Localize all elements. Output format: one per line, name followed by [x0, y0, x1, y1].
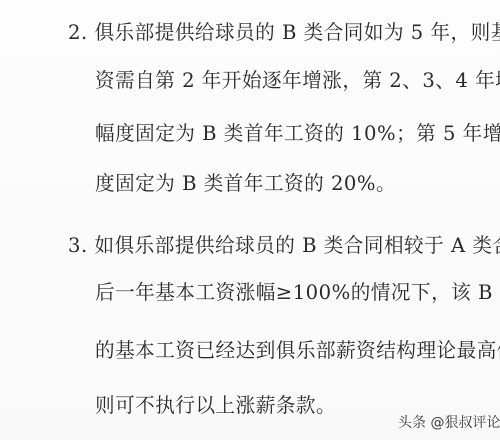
item-2-text-4: 度固定为 B 类首年工资的 20%。	[95, 171, 396, 195]
item-2-line-3: 幅度固定为 B 类首年工资的 10%；第 5 年增涨的幅	[95, 121, 500, 145]
item-2-text-1: 俱乐部提供给球员的 B 类合同如为 5 年，则基本工	[94, 20, 500, 44]
item-3-line-4: 则可不执行以上涨薪条款。	[95, 393, 336, 417]
item-3-line-1: 3.如俱乐部提供给球员的 B 类合同相较于 A 类合同最	[68, 233, 500, 257]
item-2-line-4: 度固定为 B 类首年工资的 20%。	[95, 171, 396, 195]
item-2-line-1: 2.俱乐部提供给球员的 B 类合同如为 5 年，则基本工	[68, 20, 500, 44]
item-3-line-3: 的基本工资已经达到俱乐部薪资结构理论最高值，	[95, 338, 500, 362]
item-3-text-3: 的基本工资已经达到俱乐部薪资结构理论最高值，	[95, 338, 500, 362]
watermark-label: 头条 @狠叔评论	[398, 412, 500, 432]
item-3-text-2: 后一年基本工资涨幅≥100%的情况下，该 B 类合同	[95, 280, 500, 304]
item-2-number: 2.	[68, 20, 94, 44]
item-2-text-3: 幅度固定为 B 类首年工资的 10%；第 5 年增涨的幅	[95, 121, 500, 145]
item-3-number: 3.	[68, 233, 94, 257]
item-2-text-2: 资需自第 2 年开始逐年增涨，第 2、3、4 年增涨的	[95, 68, 500, 92]
item-2-line-2: 资需自第 2 年开始逐年增涨，第 2、3、4 年增涨的	[95, 68, 500, 92]
item-3-text-1: 如俱乐部提供给球员的 B 类合同相较于 A 类合同最	[94, 233, 500, 257]
item-3-line-2: 后一年基本工资涨幅≥100%的情况下，该 B 类合同	[95, 280, 500, 304]
item-3-text-4: 则可不执行以上涨薪条款。	[95, 393, 336, 417]
document-page: 2.俱乐部提供给球员的 B 类合同如为 5 年，则基本工 资需自第 2 年开始逐…	[0, 0, 500, 440]
